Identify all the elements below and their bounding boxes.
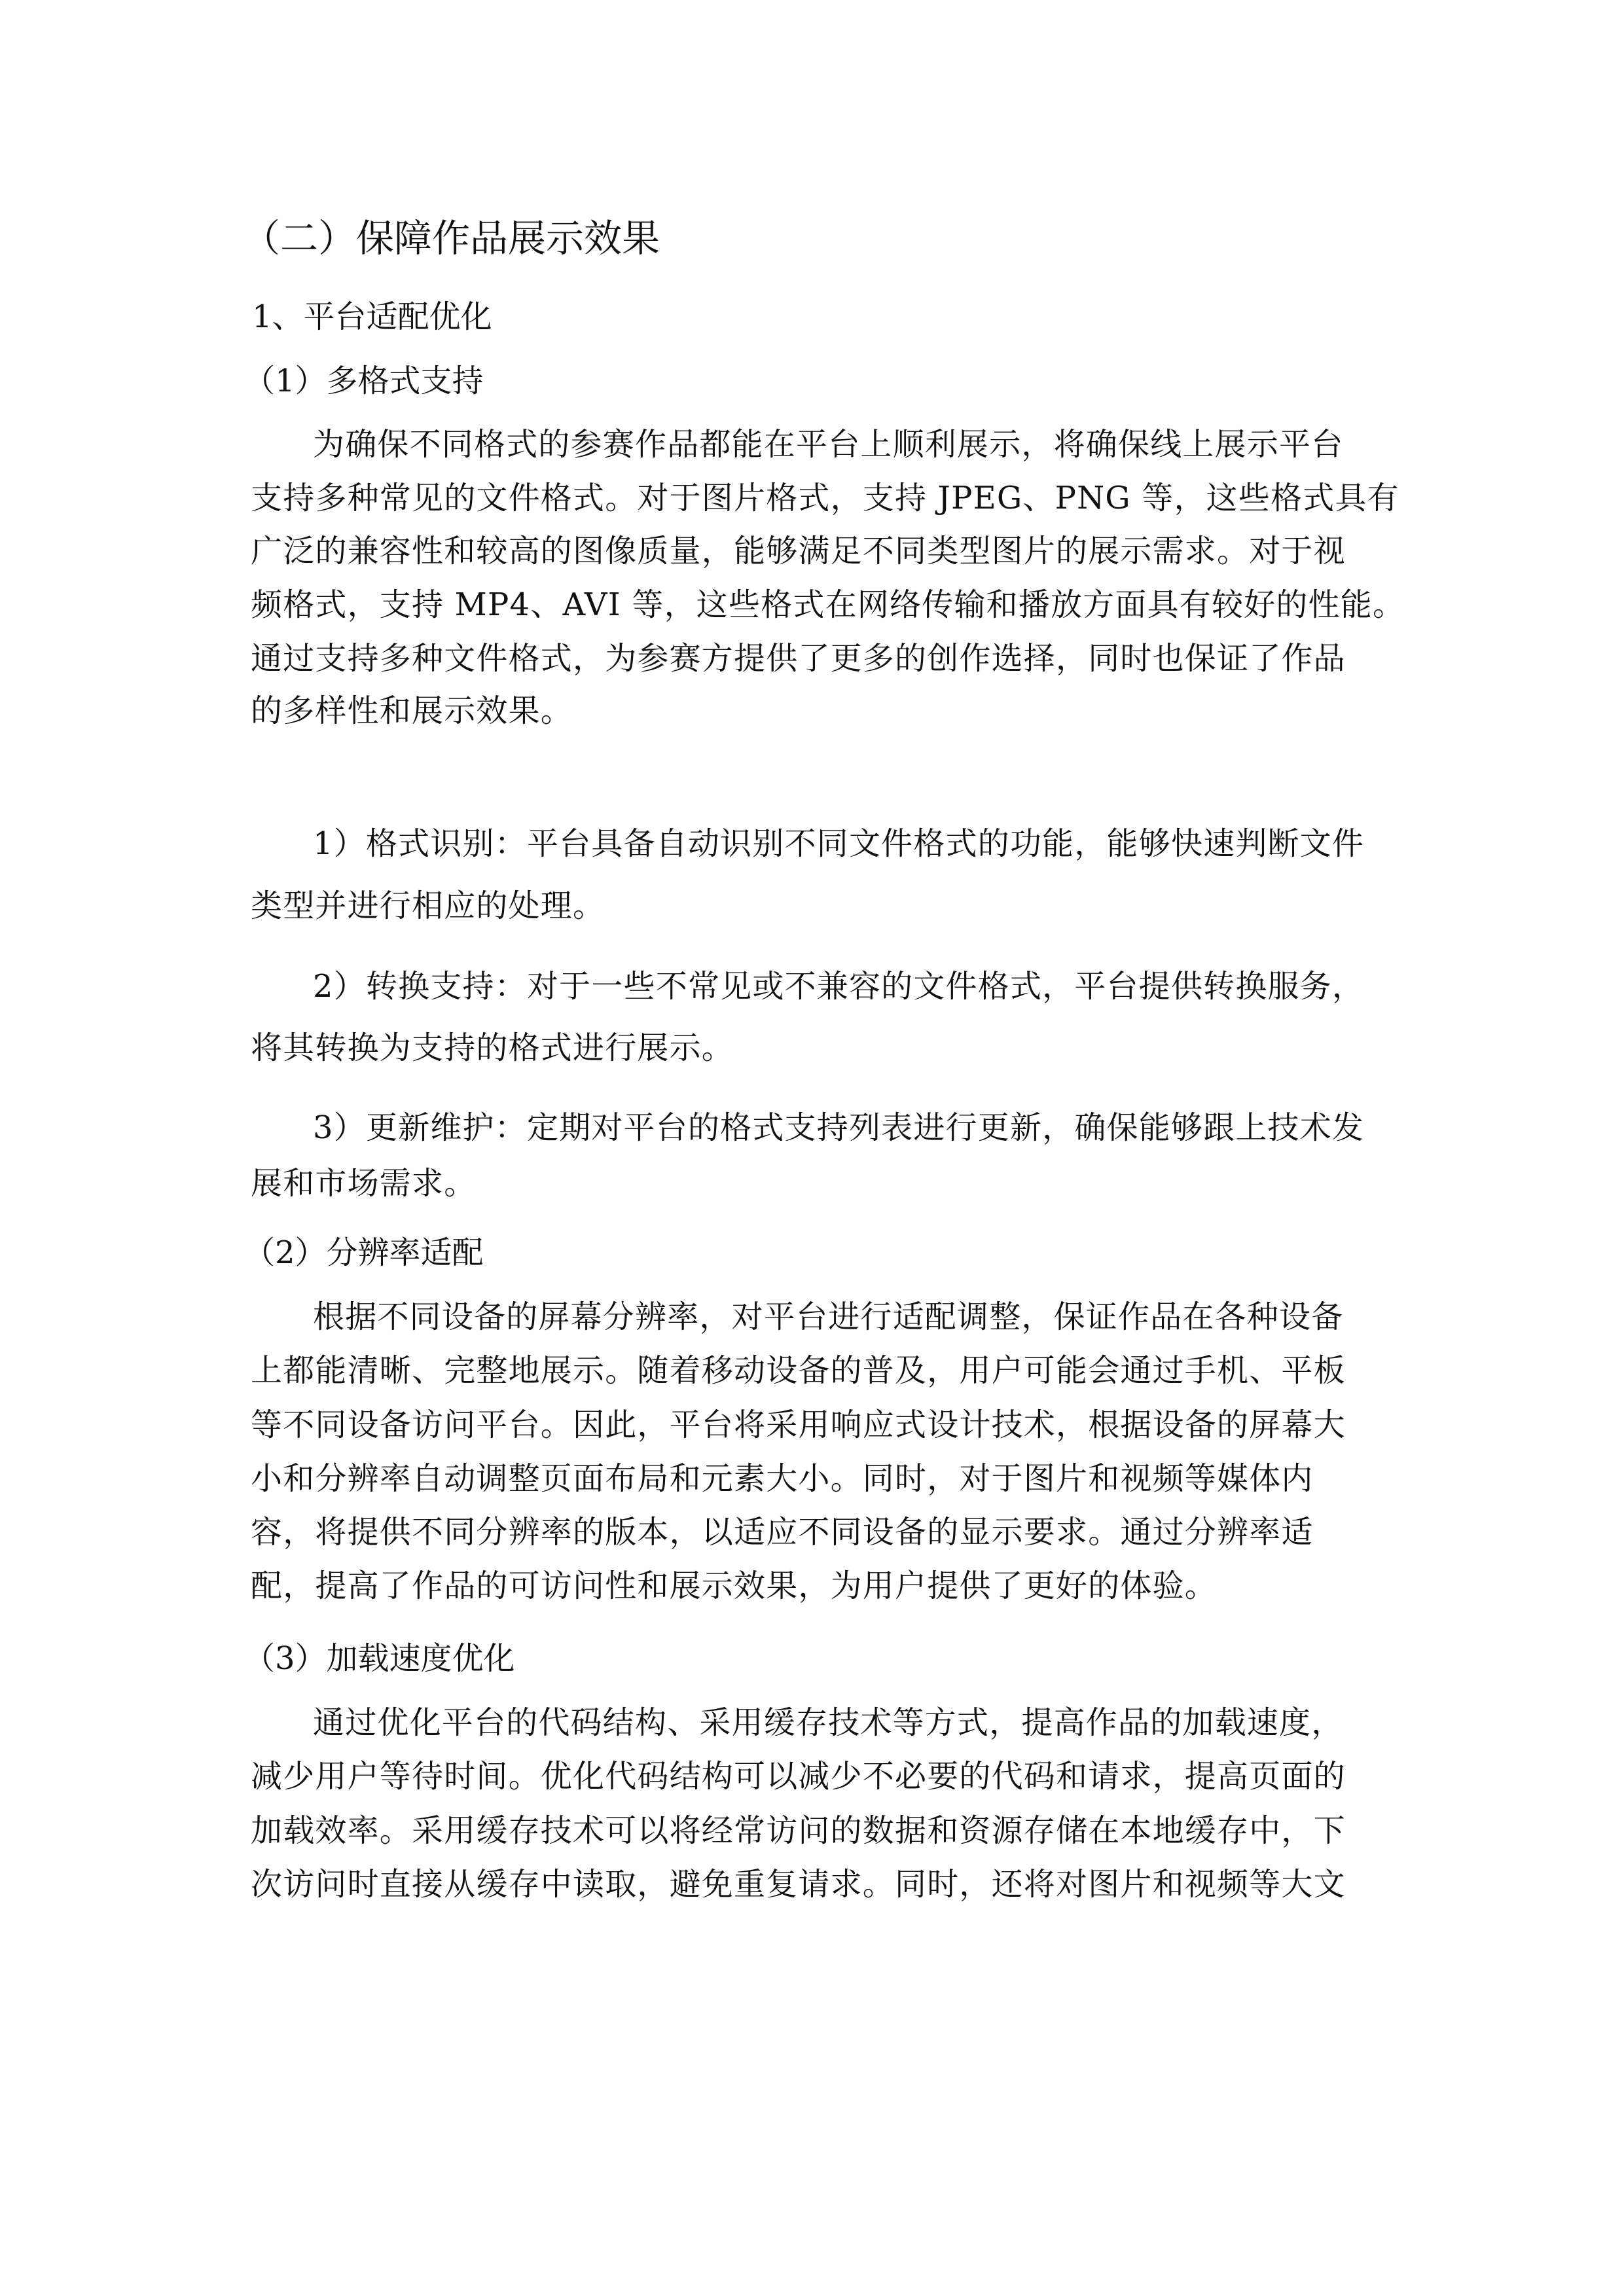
subsection-title: 1、平台适配优化 [252,301,492,332]
point-format-recognition: 1）格式识别：平台具备自动识别不同文件格式的功能，能够快速判断文件 [313,828,1364,859]
point-line: 将其转换为支持的格式进行展示。 [251,1032,734,1064]
paragraph-line: 减少用户等待时间。优化代码结构可以减少不必要的代码和请求，提高页面的 [251,1761,1346,1792]
section-heading: （二）保障作品展示效果 [242,219,660,257]
paragraph-line: 加载效率。采用缓存技术可以将经常访问的数据和资源存储在本地缓存中，下 [251,1815,1346,1846]
paragraph-line: 为确保不同格式的参赛作品都能在平台上顺利展示，将确保线上展示平台 [313,429,1343,460]
paragraph-line: 配，提高了作品的可访问性和展示效果，为用户提供了更好的体验。 [251,1570,1217,1602]
paragraph-line: 容，将提供不同分辨率的版本，以适应不同设备的显示要求。通过分辨率适 [251,1516,1314,1548]
paragraph-line: 广泛的兼容性和较高的图像质量，能够满足不同类型图片的展示需求。对于视 [251,535,1346,567]
paragraph-line: 等不同设备访问平台。因此，平台将采用响应式设计技术，根据设备的屏幕大 [251,1409,1346,1441]
paragraph-line: 次访问时直接从缓存中读取，避免重复请求。同时，还将对图片和视频等大文 [251,1869,1346,1900]
point-line: 展和市场需求。 [251,1168,476,1199]
item-title-loading-speed: （3）加载速度优化 [244,1643,515,1674]
point-conversion-support: 2）转换支持：对于一些不常见或不兼容的文件格式，平台提供转换服务， [313,971,1364,1002]
point-line: 类型并进行相应的处理。 [251,890,605,922]
item-title-multi-format: （1）多格式支持 [244,365,484,397]
point-update-maintenance: 3）更新维护：定期对平台的格式支持列表进行更新，确保能够跟上技术发 [313,1112,1364,1143]
paragraph-line: 上都能清晰、完整地展示。随着移动设备的普及，用户可能会通过手机、平板 [251,1355,1346,1386]
paragraph-line: 频格式，支持 MP4、AVI 等，这些格式在网络传输和播放方面具有较好的性能。 [251,589,1405,620]
document-page: （二）保障作品展示效果 1、平台适配优化 （1）多格式支持 为确保不同格式的参赛… [0,0,1624,2296]
paragraph-line: 根据不同设备的屏幕分辨率，对平台进行适配调整，保证作品在各种设备 [313,1301,1343,1333]
item-title-resolution: （2）分辨率适配 [244,1237,484,1268]
paragraph-line: 通过优化平台的代码结构、采用缓存技术等方式，提高作品的加载速度， [313,1707,1343,1738]
paragraph-line: 支持多种常见的文件格式。对于图片格式，支持 JPEG、PNG 等，这些格式具有 [251,482,1399,514]
paragraph-line: 的多样性和展示效果。 [251,695,573,726]
paragraph-line: 小和分辨率自动调整页面布局和元素大小。同时，对于图片和视频等媒体内 [251,1463,1314,1494]
paragraph-line: 通过支持多种文件格式，为参赛方提供了更多的创作选择，同时也保证了作品 [251,643,1346,674]
